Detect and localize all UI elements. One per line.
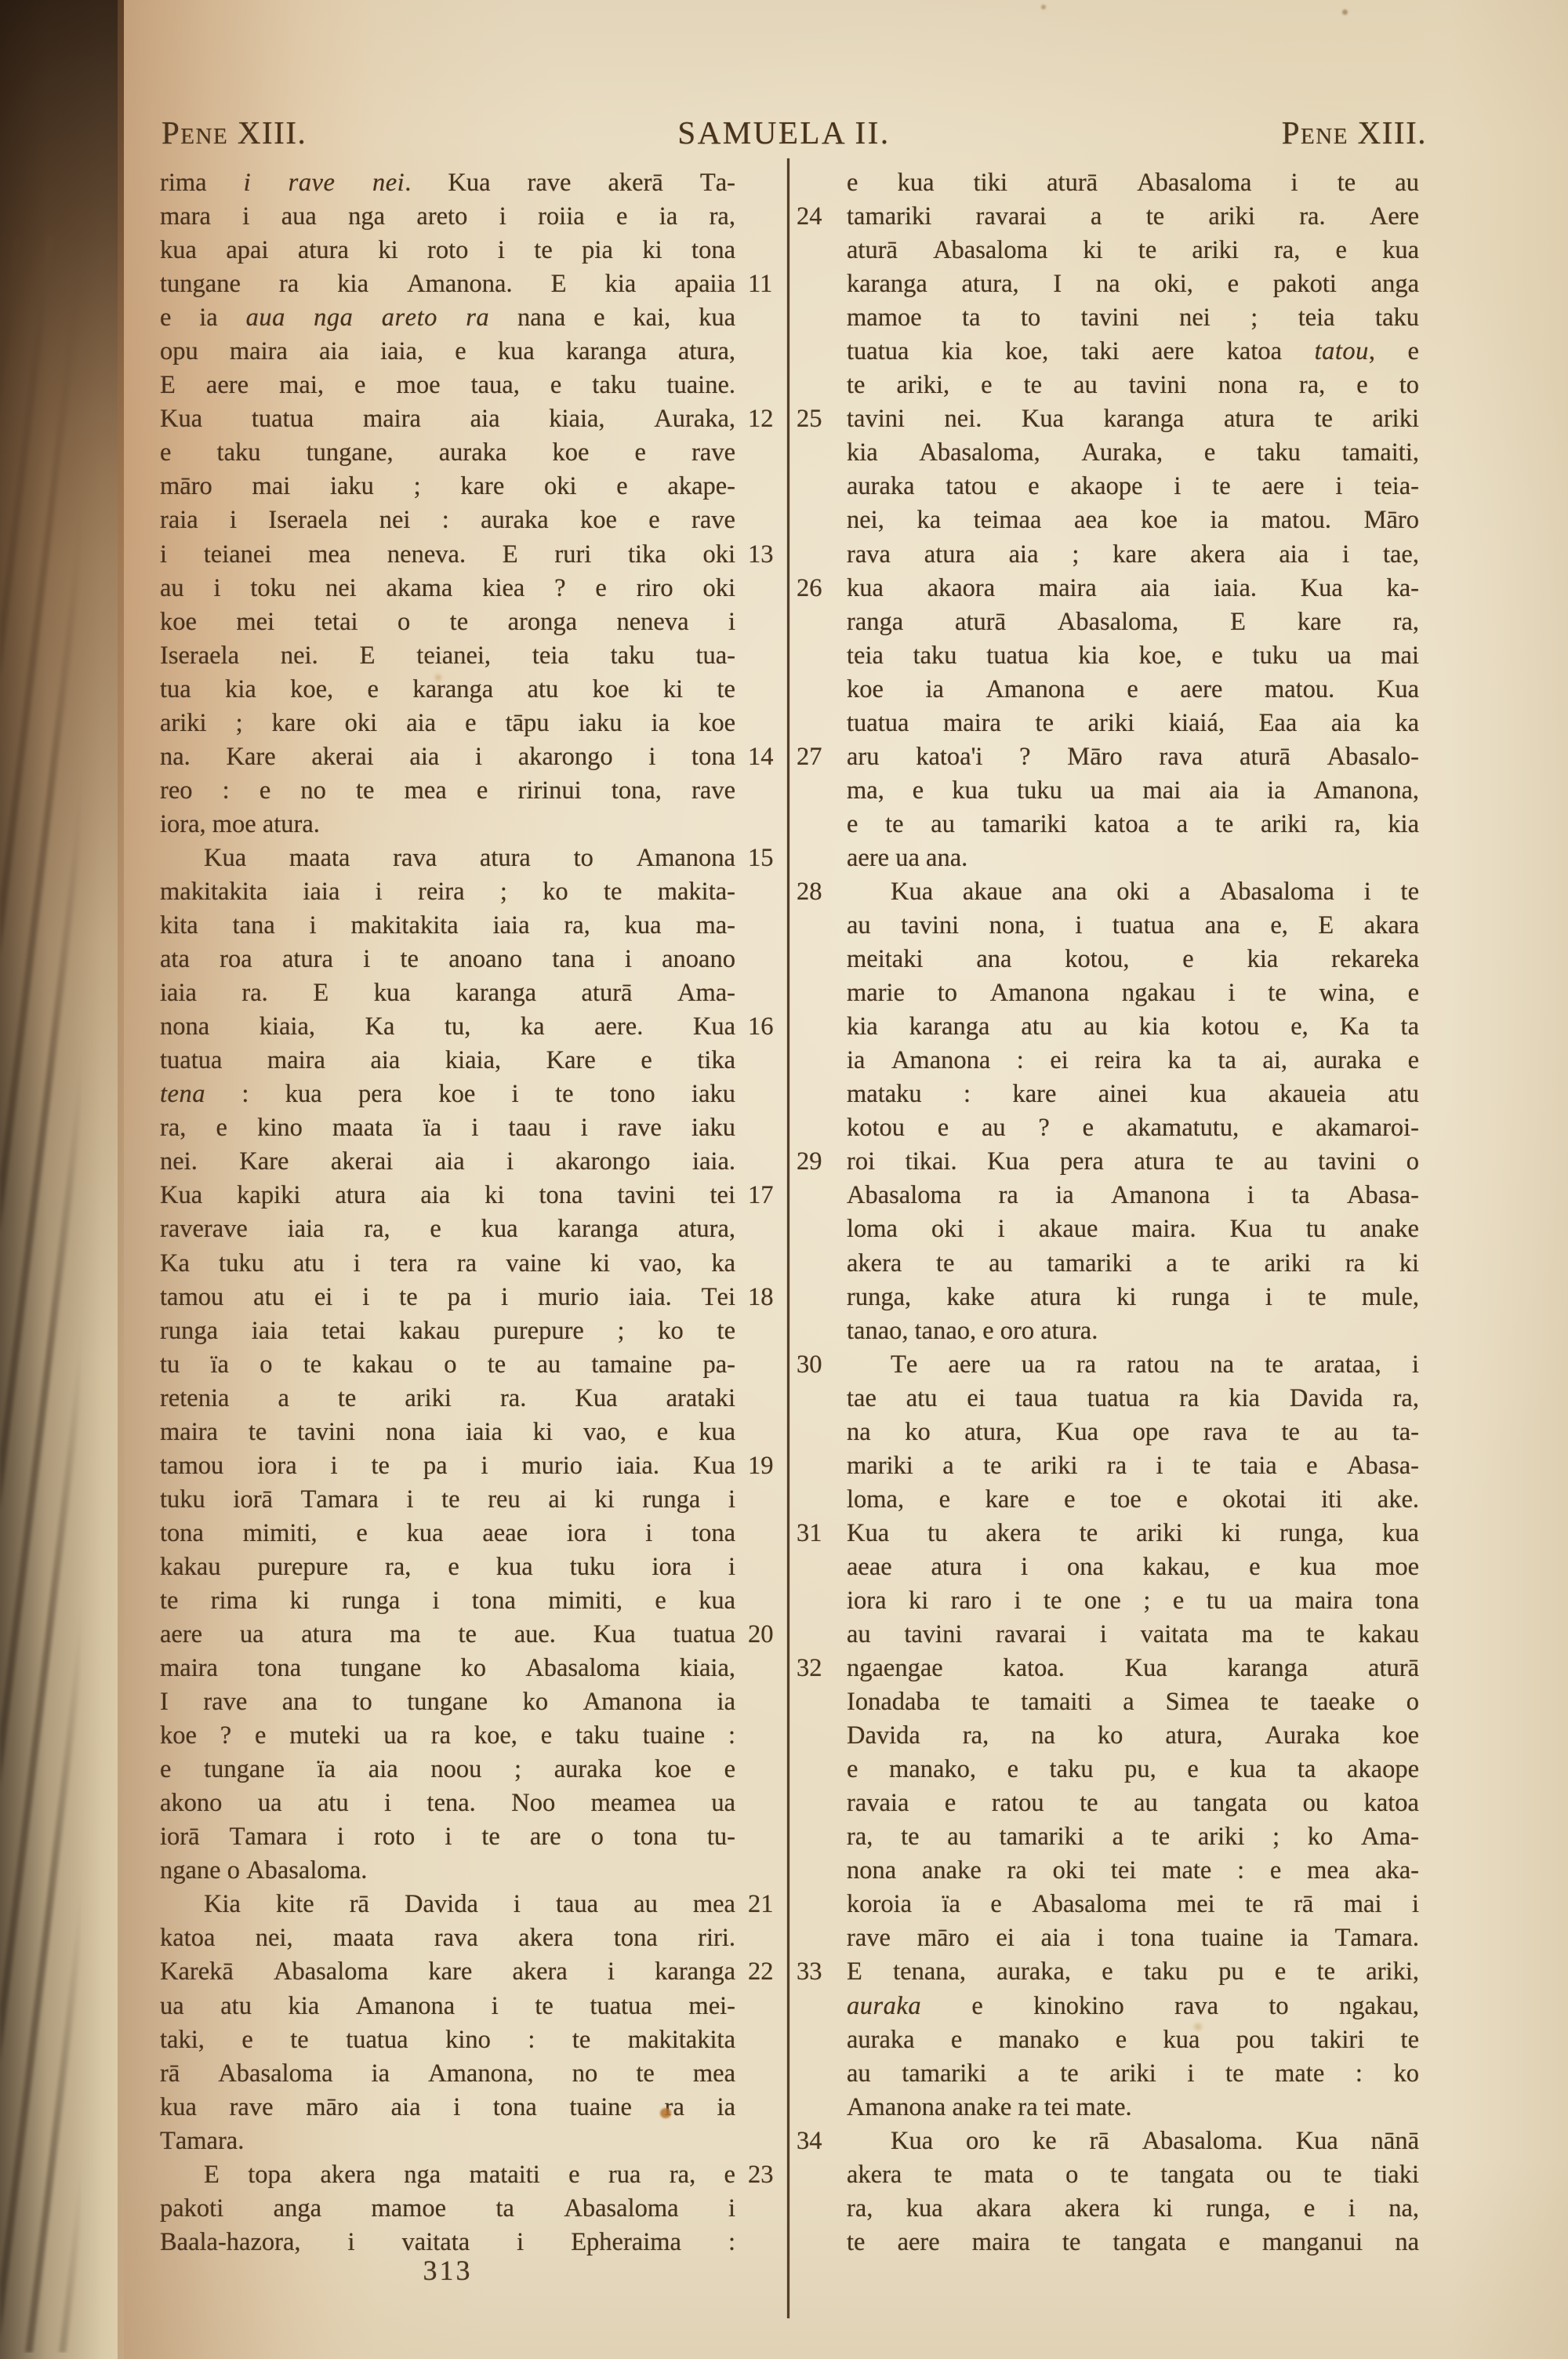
scripture-line: Tamara. — [160, 2125, 735, 2158]
scripture-line: iora ki raro i te one ; e tu ua maira to… — [847, 1584, 1419, 1618]
line-text: runga, kake atura ki runga i te mule, — [847, 1281, 1419, 1314]
verse-number — [797, 976, 836, 1010]
line-text: teia taku tuatua kia koe, e tuku ua mai — [847, 639, 1419, 673]
scripture-line: runga iaia tetai kakau purepure ; ko te — [160, 1314, 735, 1348]
verse-number — [797, 2226, 836, 2259]
verse-number — [797, 2158, 836, 2192]
verse-number — [797, 2091, 836, 2125]
scripture-line: i teianei mea neneva. E ruri tika oki 13 — [160, 538, 735, 572]
verse-number — [748, 234, 797, 267]
scripture-line: ngaengae katoa. Kua karanga aturā 32 — [847, 1652, 1419, 1685]
line-text: nona kiaia, Ka tu, ka aere. Kua — [160, 1010, 735, 1044]
line-text: Kua oro ke rā Abasaloma. Kua nānā — [847, 2125, 1419, 2158]
verse-number: 32 — [797, 1652, 836, 1685]
line-text: retenia a te ariki ra. Kua arataki — [160, 1382, 735, 1416]
verse-number — [797, 1382, 836, 1416]
verse-number — [797, 605, 836, 639]
verse-number — [748, 503, 797, 537]
scripture-line: teia taku tuatua kia koe, e tuku ua mai — [847, 639, 1419, 673]
line-text: katoa nei, maata rava akera tona riri. — [160, 1921, 735, 1955]
scripture-line: mataku : kare ainei kua akaueia atu — [847, 1078, 1419, 1111]
line-text: raia i Iseraela nei : auraka koe e rave — [160, 503, 735, 537]
scripture-line: iora, moe atura. — [160, 808, 735, 841]
verse-number — [748, 1111, 797, 1145]
scripture-line: opu maira aia iaia, e kua karanga atura, — [160, 335, 735, 369]
scripture-line: maira te tavini nona iaia ki vao, e kua — [160, 1416, 735, 1449]
scripture-line: ra, te au tamariki a te ariki ; ko Ama- — [847, 1820, 1419, 1854]
scripture-line: tona mimiti, e kua aeae iora i tona — [160, 1517, 735, 1550]
scripture-line: tavini nei. Kua karanga atura te ariki 2… — [847, 402, 1419, 436]
verse-number: 31 — [797, 1517, 836, 1550]
verse-number: 13 — [748, 538, 797, 572]
verse-number — [797, 774, 836, 808]
scripture-line: nei. Kare akerai aia i akarongo iaia. — [160, 1145, 735, 1179]
scripture-line: marie to Amanona ngakau i te wina, e — [847, 976, 1419, 1010]
verse-number — [797, 1921, 836, 1955]
scripture-line: kakau purepure ra, e kua tuku iora i — [160, 1550, 735, 1584]
scripture-line: e te au tamariki katoa a te ariki ra, ki… — [847, 808, 1419, 841]
scripture-line: mariki a te ariki ra i te taia e Abasa- — [847, 1449, 1419, 1483]
verse-number — [797, 943, 836, 976]
line-text: tungane ra kia Amanona. E kia apaiia — [160, 267, 735, 301]
line-text: au tavini ravarai i vaitata ma te kakau — [847, 1618, 1419, 1652]
line-text: tuatua kia koe, taki aere katoa tatou, e — [847, 335, 1419, 369]
verse-number: 29 — [797, 1145, 836, 1179]
scripture-line: akera te mata o te tangata ou te tiaki — [847, 2158, 1419, 2192]
line-text: marie to Amanona ngakau i te wina, e — [847, 976, 1419, 1010]
spine-shadow — [0, 0, 124, 2359]
line-text: akera te mata o te tangata ou te tiaki — [847, 2158, 1419, 2192]
verse-number: 21 — [748, 1888, 797, 1921]
line-text: kia karanga atu au kia kotou e, Ka ta — [847, 1010, 1419, 1044]
scripture-line: Karekā Abasaloma kare akera i karanga 22 — [160, 1955, 735, 1989]
verse-number — [797, 909, 836, 943]
line-text: koe ? e muteki ua ra koe, e taku tuaine … — [160, 1719, 735, 1753]
line-text: ra, te au tamariki a te ariki ; ko Ama- — [847, 1820, 1419, 1854]
line-text: Kua tuatua maira aia kiaia, Auraka, — [160, 402, 735, 436]
verse-number — [797, 335, 836, 369]
scripture-line: te rima ki runga i tona mimiti, e kua — [160, 1584, 735, 1618]
verse-number — [797, 1483, 836, 1517]
running-header-right: Pene XIII. — [1113, 114, 1427, 151]
scripture-line: e kua tiki aturā Abasaloma i te au — [847, 166, 1419, 200]
line-text: Davida ra, na ko atura, Auraka koe — [847, 1719, 1419, 1753]
line-text: ravaia e ratou te au tangata ou katoa — [847, 1787, 1419, 1820]
scripture-line: taki, e te tuatua kino : te makitakita — [160, 2023, 735, 2057]
line-text: ma, e kua tuku ua mai aia ia Amanona, — [847, 774, 1419, 808]
line-text: koe ia Amanona e aere matou. Kua — [847, 673, 1419, 707]
verse-number — [797, 1449, 836, 1483]
line-text: loma, e kare e toe e okotai iti ake. — [847, 1483, 1419, 1517]
verse-number — [797, 1010, 836, 1044]
verse-number: 17 — [748, 1179, 797, 1212]
line-text: e manako, e taku pu, e kua ta akaope — [847, 1753, 1419, 1787]
line-text: aere ua atura ma te aue. Kua tuatua — [160, 1618, 735, 1652]
line-text: iora, moe atura. — [160, 808, 735, 841]
verse-number — [748, 166, 797, 200]
verse-number — [748, 707, 797, 740]
line-text: tanao, tanao, e oro atura. — [847, 1314, 1419, 1348]
line-text: mariki a te ariki ra i te taia e Abasa- — [847, 1449, 1419, 1483]
verse-number — [797, 1820, 836, 1854]
line-text: ranga aturā Abasaloma, E kare ra, — [847, 605, 1419, 639]
scripture-line: koroia ïa e Abasaloma mei te rā mai i — [847, 1888, 1419, 1921]
scripture-line: māro mai iaku ; kare oki e akape- — [160, 470, 735, 503]
scripture-line: kia karanga atu au kia kotou e, Ka ta — [847, 1010, 1419, 1044]
line-text: Iseraela nei. E teianei, teia taku tua- — [160, 639, 735, 673]
line-text: rima i rave nei. Kua rave akerā Ta- — [160, 166, 735, 200]
line-text: e tungane ïa aia noou ; auraka koe e — [160, 1753, 735, 1787]
scripture-line: Amanona anake ra tei mate. — [847, 2091, 1419, 2125]
scripture-line: aru katoa'i ? Māro rava aturā Abasalo- 2… — [847, 740, 1419, 774]
line-text: mara i aua nga areto i roiia e ia ra, — [160, 200, 735, 234]
scripture-line: raverave iaia ra, e kua karanga atura, — [160, 1212, 735, 1246]
verse-number — [748, 875, 797, 909]
line-text: Kua maata rava atura to Amanona — [160, 841, 735, 875]
verse-number — [797, 707, 836, 740]
verse-number — [797, 1550, 836, 1584]
text-column-left: rima i rave nei. Kua rave akerā Ta- mara… — [160, 166, 735, 2259]
line-text: auraka e kinokino rava to ngakau, — [847, 1990, 1419, 2023]
verse-number — [797, 1990, 836, 2023]
verse-number — [748, 976, 797, 1010]
scripture-line: runga, kake atura ki runga i te mule, — [847, 1281, 1419, 1314]
scripture-line: tanao, tanao, e oro atura. — [847, 1314, 1419, 1348]
scripture-line: makitakita iaia i reira ; ko te makita- — [160, 875, 735, 909]
line-text: maira tona tungane ko Abasaloma kiaia, — [160, 1652, 735, 1685]
verse-number — [748, 1787, 797, 1820]
line-text: ra, e kino maata ïa i taau i rave iaku — [160, 1111, 735, 1145]
verse-number — [797, 1111, 836, 1145]
verse-number — [748, 1921, 797, 1955]
line-text: kita tana i makitakita iaia ra, kua ma- — [160, 909, 735, 943]
line-text: Kia kite rā Davida i taua au mea — [160, 1888, 735, 1921]
scripture-line: kia Abasaloma, Auraka, e taku tamaiti, — [847, 436, 1419, 470]
verse-number — [748, 1483, 797, 1517]
line-text: makitakita iaia i reira ; ko te makita- — [160, 875, 735, 909]
verse-number — [748, 1382, 797, 1416]
scripture-line: nei, ka teimaa aea koe ia matou. Māro — [847, 503, 1419, 537]
scripture-line: e manako, e taku pu, e kua ta akaope — [847, 1753, 1419, 1787]
verse-number — [748, 1719, 797, 1753]
line-text: Kua kapiki atura aia ki tona tavini tei — [160, 1179, 735, 1212]
scripture-line: au tamariki a te ariki i te mate : ko — [847, 2057, 1419, 2091]
scripture-line: ia Amanona : ei reira ka ta ai, auraka e — [847, 1044, 1419, 1078]
scripture-line: I rave ana to tungane ko Amanona ia — [160, 1685, 735, 1719]
verse-number — [748, 470, 797, 503]
verse-number — [748, 1517, 797, 1550]
scripture-line: loma oki i akaue maira. Kua tu anake — [847, 1212, 1419, 1246]
line-text: koroia ïa e Abasaloma mei te rā mai i — [847, 1888, 1419, 1921]
scripture-line: rā Abasaloma ia Amanona, no te mea — [160, 2057, 735, 2091]
verse-number — [797, 1044, 836, 1078]
line-text: mamoe ta to tavini nei ; teia taku — [847, 301, 1419, 335]
line-text: opu maira aia iaia, e kua karanga atura, — [160, 335, 735, 369]
verse-number — [748, 436, 797, 470]
verse-number — [748, 1348, 797, 1382]
line-text: kua akaora maira aia iaia. Kua ka- — [847, 572, 1419, 605]
scripture-line: na. Kare akerai aia i akarongo i tona 14 — [160, 740, 735, 774]
scripture-line: raia i Iseraela nei : auraka koe e rave — [160, 503, 735, 537]
scripture-line: akera te au tamariki a te ariki ra ki — [847, 1247, 1419, 1281]
line-text: pakoti anga mamoe ta Abasaloma i — [160, 2192, 735, 2226]
line-text: nei, ka teimaa aea koe ia matou. Māro — [847, 503, 1419, 537]
line-text: tamou atu ei i te pa i murio iaia. Tei — [160, 1281, 735, 1314]
scripture-line: tuatua maira aia kiaia, Kare e tika — [160, 1044, 735, 1078]
verse-number — [748, 1314, 797, 1348]
line-text: kia Abasaloma, Auraka, e taku tamaiti, — [847, 436, 1419, 470]
line-text: au i toku nei akama kiea ? e riro oki — [160, 572, 735, 605]
foxing-spot — [1342, 9, 1348, 15]
scripture-line: auraka e kinokino rava to ngakau, — [847, 1990, 1419, 2023]
line-text: tuku iorā Tamara i te reu ai ki runga i — [160, 1483, 735, 1517]
verse-number: 16 — [748, 1010, 797, 1044]
scripture-line: ra, kua akara akera ki runga, e i na, — [847, 2192, 1419, 2226]
line-text: Tamara. — [160, 2125, 735, 2158]
line-text: E aere mai, e moe taua, e taku tuaine. — [160, 369, 735, 402]
verse-number — [748, 1550, 797, 1584]
scripture-line: meitaki ana kotou, e kia rekareka — [847, 943, 1419, 976]
scripture-line: rava atura aia ; kare akera aia i tae, — [847, 538, 1419, 572]
verse-number — [797, 301, 836, 335]
scripture-line: tamou iora i te pa i murio iaia. Kua 19 — [160, 1449, 735, 1483]
line-text: mataku : kare ainei kua akaueia atu — [847, 1078, 1419, 1111]
scripture-line: Kua tu akera te ariki ki runga, kua 31 — [847, 1517, 1419, 1550]
scripture-line: ra, e kino maata ïa i taau i rave iaku — [160, 1111, 735, 1145]
verse-number — [797, 1753, 836, 1787]
verse-number — [797, 503, 836, 537]
verse-number — [748, 200, 797, 234]
line-text: tae atu ei taua tuatua ra kia Davida ra, — [847, 1382, 1419, 1416]
verse-number — [748, 808, 797, 841]
line-text: Te aere ua ra ratou na te arataa, i — [847, 1348, 1419, 1382]
line-text: aeae atura i ona kakau, e kua moe — [847, 1550, 1419, 1584]
scripture-line: tuatua maira te ariki kiaiá, Eaa aia ka — [847, 707, 1419, 740]
line-text: tamou iora i te pa i murio iaia. Kua — [160, 1449, 735, 1483]
verse-number — [748, 774, 797, 808]
line-text: iora ki raro i te one ; e tu ua maira to… — [847, 1584, 1419, 1618]
scripture-line: iorā Tamara i roto i te are o tona tu- — [160, 1820, 735, 1854]
verse-number — [797, 436, 836, 470]
verse-number — [797, 267, 836, 301]
verse-number — [748, 639, 797, 673]
line-text: te rima ki runga i tona mimiti, e kua — [160, 1584, 735, 1618]
verse-number — [748, 673, 797, 707]
line-text: au tamariki a te ariki i te mate : ko — [847, 2057, 1419, 2091]
verse-number — [748, 369, 797, 402]
scripture-line: tuku iorā Tamara i te reu ai ki runga i — [160, 1483, 735, 1517]
verse-number: 18 — [748, 1281, 797, 1314]
scripture-line: koe ia Amanona e aere matou. Kua — [847, 673, 1419, 707]
line-text: ngaengae katoa. Kua karanga aturā — [847, 1652, 1419, 1685]
line-text: auraka e manako e kua pou takiri te — [847, 2023, 1419, 2057]
verse-number — [797, 470, 836, 503]
verse-number — [797, 2192, 836, 2226]
verse-number: 20 — [748, 1618, 797, 1652]
line-text: ra, kua akara akera ki runga, e i na, — [847, 2192, 1419, 2226]
scripture-line: aere ua atura ma te aue. Kua tuatua 20 — [160, 1618, 735, 1652]
scripture-line: E aere mai, e moe taua, e taku tuaine. — [160, 369, 735, 402]
scripture-line: tae atu ei taua tuatua ra kia Davida ra, — [847, 1382, 1419, 1416]
line-text: i teianei mea neneva. E ruri tika oki — [160, 538, 735, 572]
line-text: Ka tuku atu i tera ra vaine ki vao, ka — [160, 1247, 735, 1281]
verse-number — [748, 1416, 797, 1449]
line-text: Abasaloma ra ia Amanona i ta Abasa- — [847, 1179, 1419, 1212]
verse-number: 25 — [797, 402, 836, 436]
verse-number: 26 — [797, 572, 836, 605]
scripture-line: ravaia e ratou te au tangata ou katoa — [847, 1787, 1419, 1820]
verse-number — [797, 1888, 836, 1921]
verse-number — [797, 1078, 836, 1111]
scripture-line: auraka tatou e akaope i te aere i teia- — [847, 470, 1419, 503]
line-text: taki, e te tuatua kino : te makitakita — [160, 2023, 735, 2057]
scripture-line: aere ua ana. — [847, 841, 1419, 875]
line-text: meitaki ana kotou, e kia rekareka — [847, 943, 1419, 976]
scripture-line: Abasaloma ra ia Amanona i ta Abasa- — [847, 1179, 1419, 1212]
verse-number — [748, 909, 797, 943]
line-text: kotou e au ? e akamatutu, e akamaroi- — [847, 1111, 1419, 1145]
verse-number: 12 — [748, 402, 797, 436]
foxing-spot — [1041, 5, 1046, 9]
line-text: te ariki, e te au tavini nona ra, e to — [847, 369, 1419, 402]
scripture-line: Ionadaba te tamaiti a Simea te taeake o — [847, 1685, 1419, 1719]
verse-number: 33 — [797, 1955, 836, 1989]
line-text: Kua tu akera te ariki ki runga, kua — [847, 1517, 1419, 1550]
verse-number — [797, 639, 836, 673]
verse-number — [797, 1854, 836, 1888]
scripture-line: Kua oro ke rā Abasaloma. Kua nānā 34 — [847, 2125, 1419, 2158]
scripture-line: nona kiaia, Ka tu, ka aere. Kua 16 — [160, 1010, 735, 1044]
verse-number — [797, 2057, 836, 2091]
verse-number — [797, 841, 836, 875]
line-text: tavini nei. Kua karanga atura te ariki — [847, 402, 1419, 436]
verse-number — [748, 2091, 797, 2125]
verse-number: 15 — [748, 841, 797, 875]
line-text: Ionadaba te tamaiti a Simea te taeake o — [847, 1685, 1419, 1719]
scripture-line: ma, e kua tuku ua mai aia ia Amanona, — [847, 774, 1419, 808]
line-text: Karekā Abasaloma kare akera i karanga — [160, 1955, 735, 1989]
verse-number — [797, 1281, 836, 1314]
verse-number — [797, 1685, 836, 1719]
line-text: te aere maira te tangata e manganui na — [847, 2226, 1419, 2259]
line-text: runga iaia tetai kakau purepure ; ko te — [160, 1314, 735, 1348]
verse-number — [748, 1145, 797, 1179]
scripture-line: ranga aturā Abasaloma, E kare ra, — [847, 605, 1419, 639]
line-text: iorā Tamara i roto i te are o tona tu- — [160, 1820, 735, 1854]
line-text: e taku tungane, auraka koe e rave — [160, 436, 735, 470]
verse-number — [797, 808, 836, 841]
scripture-line: ata roa atura i te anoano tana i anoano — [160, 943, 735, 976]
line-text: iaia ra. E kua karanga aturā Ama- — [160, 976, 735, 1010]
verse-number — [748, 335, 797, 369]
verse-number — [748, 2023, 797, 2057]
verse-number — [797, 538, 836, 572]
scripture-line: E topa akera nga mataiti e rua ra, e 23 — [160, 2158, 735, 2192]
verse-number — [797, 1618, 836, 1652]
verse-number — [748, 1212, 797, 1246]
scripture-line: karanga atura, I na oki, e pakoti anga — [847, 267, 1419, 301]
line-text: nei. Kare akerai aia i akarongo iaia. — [160, 1145, 735, 1179]
scripture-line: tamariki ravarai a te ariki ra. Aere 24 — [847, 200, 1419, 234]
line-text: raverave iaia ra, e kua karanga atura, — [160, 1212, 735, 1246]
line-text: e ia aua nga areto ra nana e kai, kua — [160, 301, 735, 335]
scripture-line: roi tikai. Kua pera atura te au tavini o… — [847, 1145, 1419, 1179]
scripture-line: reo : e no te mea e ririnui tona, rave — [160, 774, 735, 808]
verse-number — [797, 673, 836, 707]
scripture-line: Ka tuku atu i tera ra vaine ki vao, ka — [160, 1247, 735, 1281]
line-text: koe mei tetai o te aronga neneva i — [160, 605, 735, 639]
line-text: ia Amanona : ei reira ka ta ai, auraka e — [847, 1044, 1419, 1078]
line-text: māro mai iaku ; kare oki e akape- — [160, 470, 735, 503]
scripture-line: loma, e kare e toe e okotai iti ake. — [847, 1483, 1419, 1517]
line-text: karanga atura, I na oki, e pakoti anga — [847, 267, 1419, 301]
scripture-line: Kua tuatua maira aia kiaia, Auraka, 12 — [160, 402, 735, 436]
verse-number — [748, 1753, 797, 1787]
scripture-line: aturā Abasaloma ki te ariki ra, e kua — [847, 234, 1419, 267]
line-text: nona anake ra oki tei mate : e mea aka- — [847, 1854, 1419, 1888]
verse-number — [748, 2057, 797, 2091]
line-text: maira te tavini nona iaia ki vao, e kua — [160, 1416, 735, 1449]
verse-number — [748, 1247, 797, 1281]
scripture-line: e tungane ïa aia noou ; auraka koe e — [160, 1753, 735, 1787]
line-text: reo : e no te mea e ririnui tona, rave — [160, 774, 735, 808]
verse-number — [797, 1212, 836, 1246]
line-text: E topa akera nga mataiti e rua ra, e — [160, 2158, 735, 2192]
scripture-line: au tavini nona, i tuatua ana e, E akara — [847, 909, 1419, 943]
verse-number — [748, 1854, 797, 1888]
verse-number — [748, 2226, 797, 2259]
line-text: tona mimiti, e kua aeae iora i tona — [160, 1517, 735, 1550]
verse-number — [748, 943, 797, 976]
verse-number: 27 — [797, 740, 836, 774]
verse-number — [748, 572, 797, 605]
scripture-line: kita tana i makitakita iaia ra, kua ma- — [160, 909, 735, 943]
verse-number — [748, 1652, 797, 1685]
line-text: na ko atura, Kua ope rava te au ta- — [847, 1416, 1419, 1449]
verse-number — [748, 1044, 797, 1078]
page-number: 313 — [160, 2254, 735, 2287]
verse-number — [748, 605, 797, 639]
scripture-line: rima i rave nei. Kua rave akerā Ta- — [160, 166, 735, 200]
scripture-line: na ko atura, Kua ope rava te au ta- — [847, 1416, 1419, 1449]
line-text: roi tikai. Kua pera atura te au tavini o — [847, 1145, 1419, 1179]
line-text: rava atura aia ; kare akera aia i tae, — [847, 538, 1419, 572]
verse-number — [748, 1584, 797, 1618]
verse-number: 14 — [748, 740, 797, 774]
line-text: akera te au tamariki a te ariki ra ki — [847, 1247, 1419, 1281]
scripture-line: nona anake ra oki tei mate : e mea aka- — [847, 1854, 1419, 1888]
line-text: tuatua maira aia kiaia, Kare e tika — [160, 1044, 735, 1078]
scripture-line: E tenana, auraka, e taku pu e te ariki, … — [847, 1955, 1419, 1989]
scripture-line: kua rave māro aia i tona tuaine ra ia — [160, 2091, 735, 2125]
line-text: e kua tiki aturā Abasaloma i te au — [847, 166, 1419, 200]
line-text: loma oki i akaue maira. Kua tu anake — [847, 1212, 1419, 1246]
scripture-line: Kua maata rava atura to Amanona 15 — [160, 841, 735, 875]
verse-number — [797, 1247, 836, 1281]
scripture-line: maira tona tungane ko Abasaloma kiaia, — [160, 1652, 735, 1685]
verse-number: 19 — [748, 1449, 797, 1483]
scripture-line: Te aere ua ra ratou na te arataa, i 30 — [847, 1348, 1419, 1382]
verse-number — [748, 1820, 797, 1854]
scripture-line: ua atu kia Amanona i te tuatua mei- — [160, 1990, 735, 2023]
book-page-scan: Pene XIII. SAMUELA II. Pene XIII. rima i… — [0, 0, 1568, 2359]
scripture-line: tungane ra kia Amanona. E kia apaiia 11 — [160, 267, 735, 301]
line-text: e te au tamariki katoa a te ariki ra, ki… — [847, 808, 1419, 841]
scripture-line: mamoe ta to tavini nei ; teia taku — [847, 301, 1419, 335]
verse-number: 28 — [797, 875, 836, 909]
verse-number: 34 — [797, 2125, 836, 2158]
scripture-line: tu ïa o te kakau o te au tamaine pa- — [160, 1348, 735, 1382]
